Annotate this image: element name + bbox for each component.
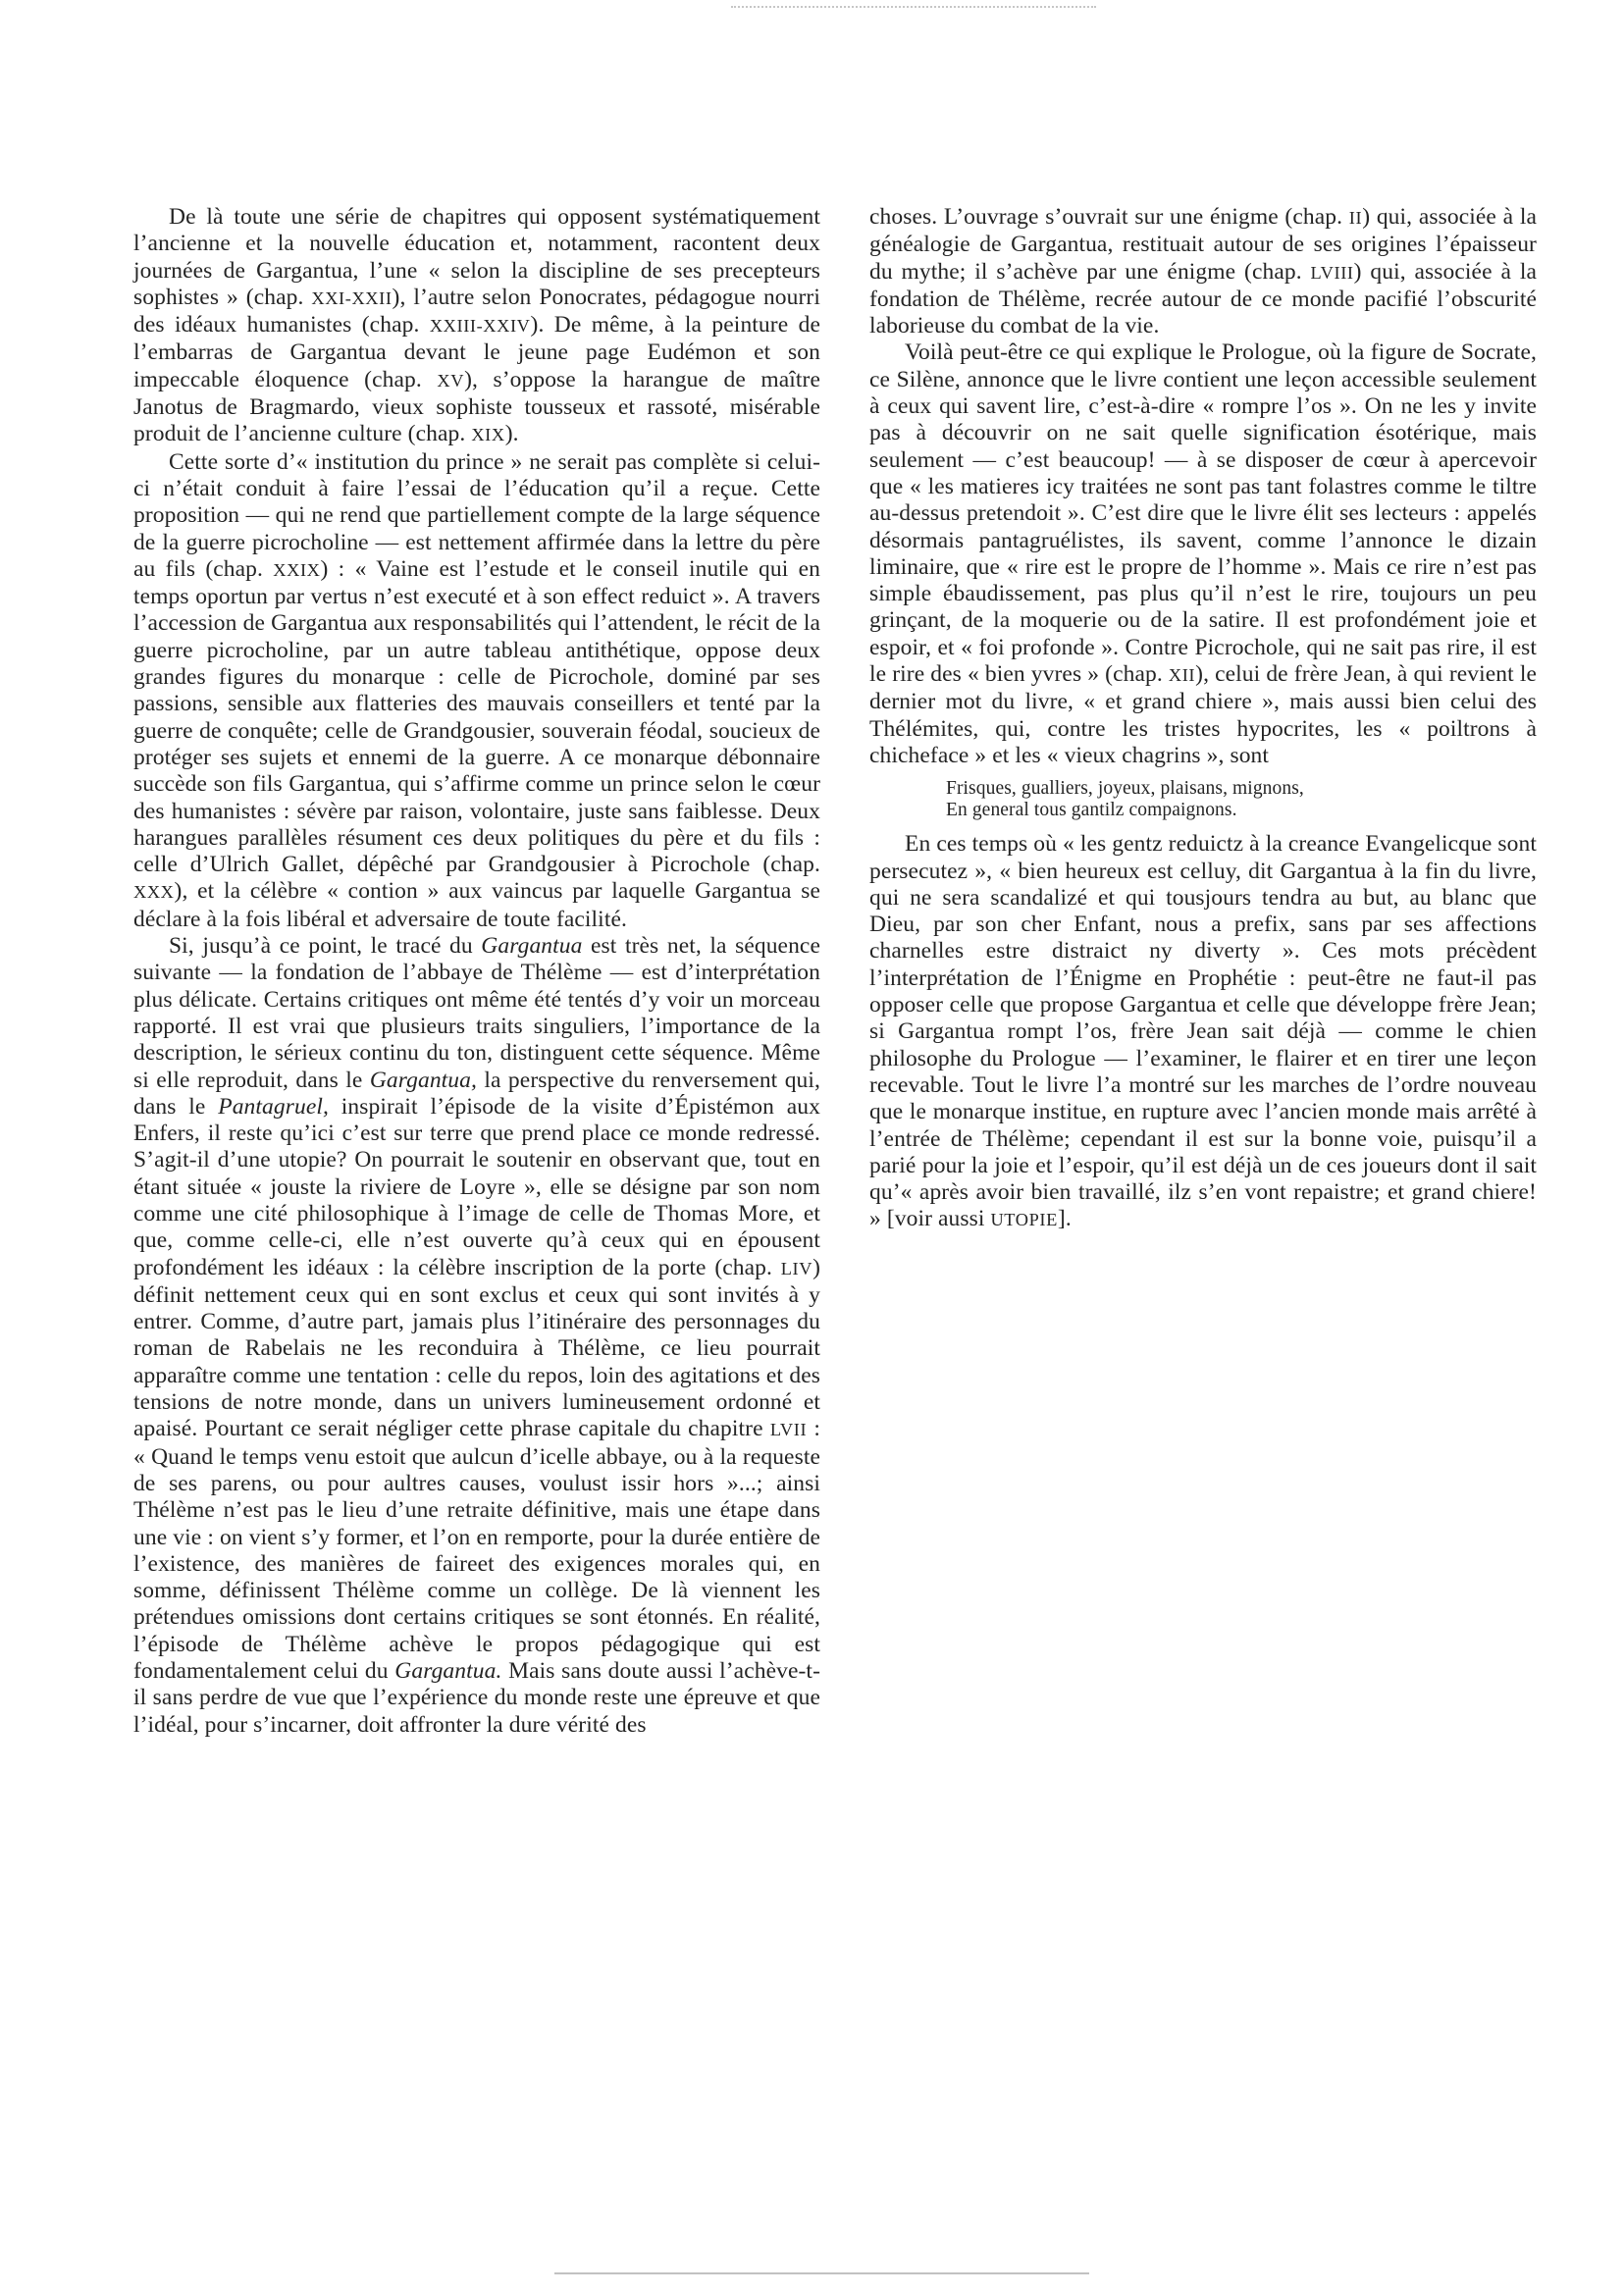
chapter-reference: XXIII-XXIV bbox=[430, 316, 531, 336]
column-right: choses. L’ouvrage s’ouvrait sur une énig… bbox=[869, 204, 1537, 1234]
text-segment: Gargantua, bbox=[370, 1068, 477, 1093]
paragraph: Si, jusqu’à ce point, le tracé du Gargan… bbox=[133, 933, 820, 1739]
text-segment: Gargantua bbox=[481, 933, 582, 959]
paragraph: De là toute une série de chapitres qui o… bbox=[133, 204, 820, 449]
text-segment: En ces temps où « les gentz reduictz à l… bbox=[869, 831, 1537, 1231]
text-segment: Gargantua. bbox=[394, 1658, 501, 1684]
chapter-reference: XV bbox=[437, 371, 464, 391]
chapter-reference: LIV bbox=[781, 1259, 812, 1278]
text-segment: choses. L’ouvrage s’ouvrait sur une énig… bbox=[869, 204, 1349, 230]
chapter-reference: XXX bbox=[133, 882, 175, 902]
chapter-reference: XIX bbox=[471, 425, 504, 444]
paragraph: Voilà peut-être ce qui explique le Prolo… bbox=[869, 339, 1537, 769]
scanned-document-page: De là toute une série de chapitres qui o… bbox=[0, 0, 1624, 2295]
text-columns: De là toute une série de chapitres qui o… bbox=[133, 204, 1537, 1739]
text-segment: Si, jusqu’à ce point, le tracé du bbox=[169, 933, 481, 959]
chapter-reference: II bbox=[1349, 208, 1362, 228]
verse-line: En general tous gantilz compaignons. bbox=[946, 800, 1537, 821]
scan-artifact-top-line bbox=[731, 6, 1096, 8]
verse-quote: Frisques, gualliers, joyeux, plaisans, m… bbox=[946, 778, 1537, 821]
paragraph: choses. L’ouvrage s’ouvrait sur une énig… bbox=[869, 204, 1537, 339]
chapter-reference: LVIII bbox=[1311, 263, 1354, 283]
paragraph: En ces temps où « les gentz reduictz à l… bbox=[869, 831, 1537, 1233]
text-segment: ), et la célèbre « contion » aux vaincus… bbox=[133, 878, 820, 931]
text-segment: ) : « Vaine est l’estude et le conseil i… bbox=[133, 556, 820, 877]
text-segment: Voilà peut-être ce qui explique le Prolo… bbox=[869, 339, 1537, 687]
text-segment: ). bbox=[505, 421, 519, 446]
verse-line: Frisques, gualliers, joyeux, plaisans, m… bbox=[946, 778, 1537, 800]
chapter-reference: LVII bbox=[770, 1420, 807, 1439]
column-left: De là toute une série de chapitres qui o… bbox=[133, 204, 820, 1739]
text-segment: ]. bbox=[1058, 1206, 1072, 1231]
text-segment: Pantagruel, bbox=[218, 1094, 329, 1120]
text-segment: : « Quand le temps venu estoit que aulcu… bbox=[133, 1416, 820, 1684]
scan-artifact-bottom-line bbox=[554, 2272, 1089, 2274]
chapter-reference: XXI-XXII bbox=[311, 288, 392, 308]
text-segment: inspirait l’épisode de la visite d’Épist… bbox=[133, 1094, 820, 1280]
chapter-reference: XXIX bbox=[273, 560, 320, 580]
text-segment: ) définit nettement ceux qui en sont exc… bbox=[133, 1255, 820, 1442]
paragraph: Cette sorte d’« institution du prince » … bbox=[133, 449, 820, 933]
chapter-reference: UTOPIE bbox=[990, 1210, 1057, 1229]
chapter-reference: XII bbox=[1169, 665, 1195, 685]
